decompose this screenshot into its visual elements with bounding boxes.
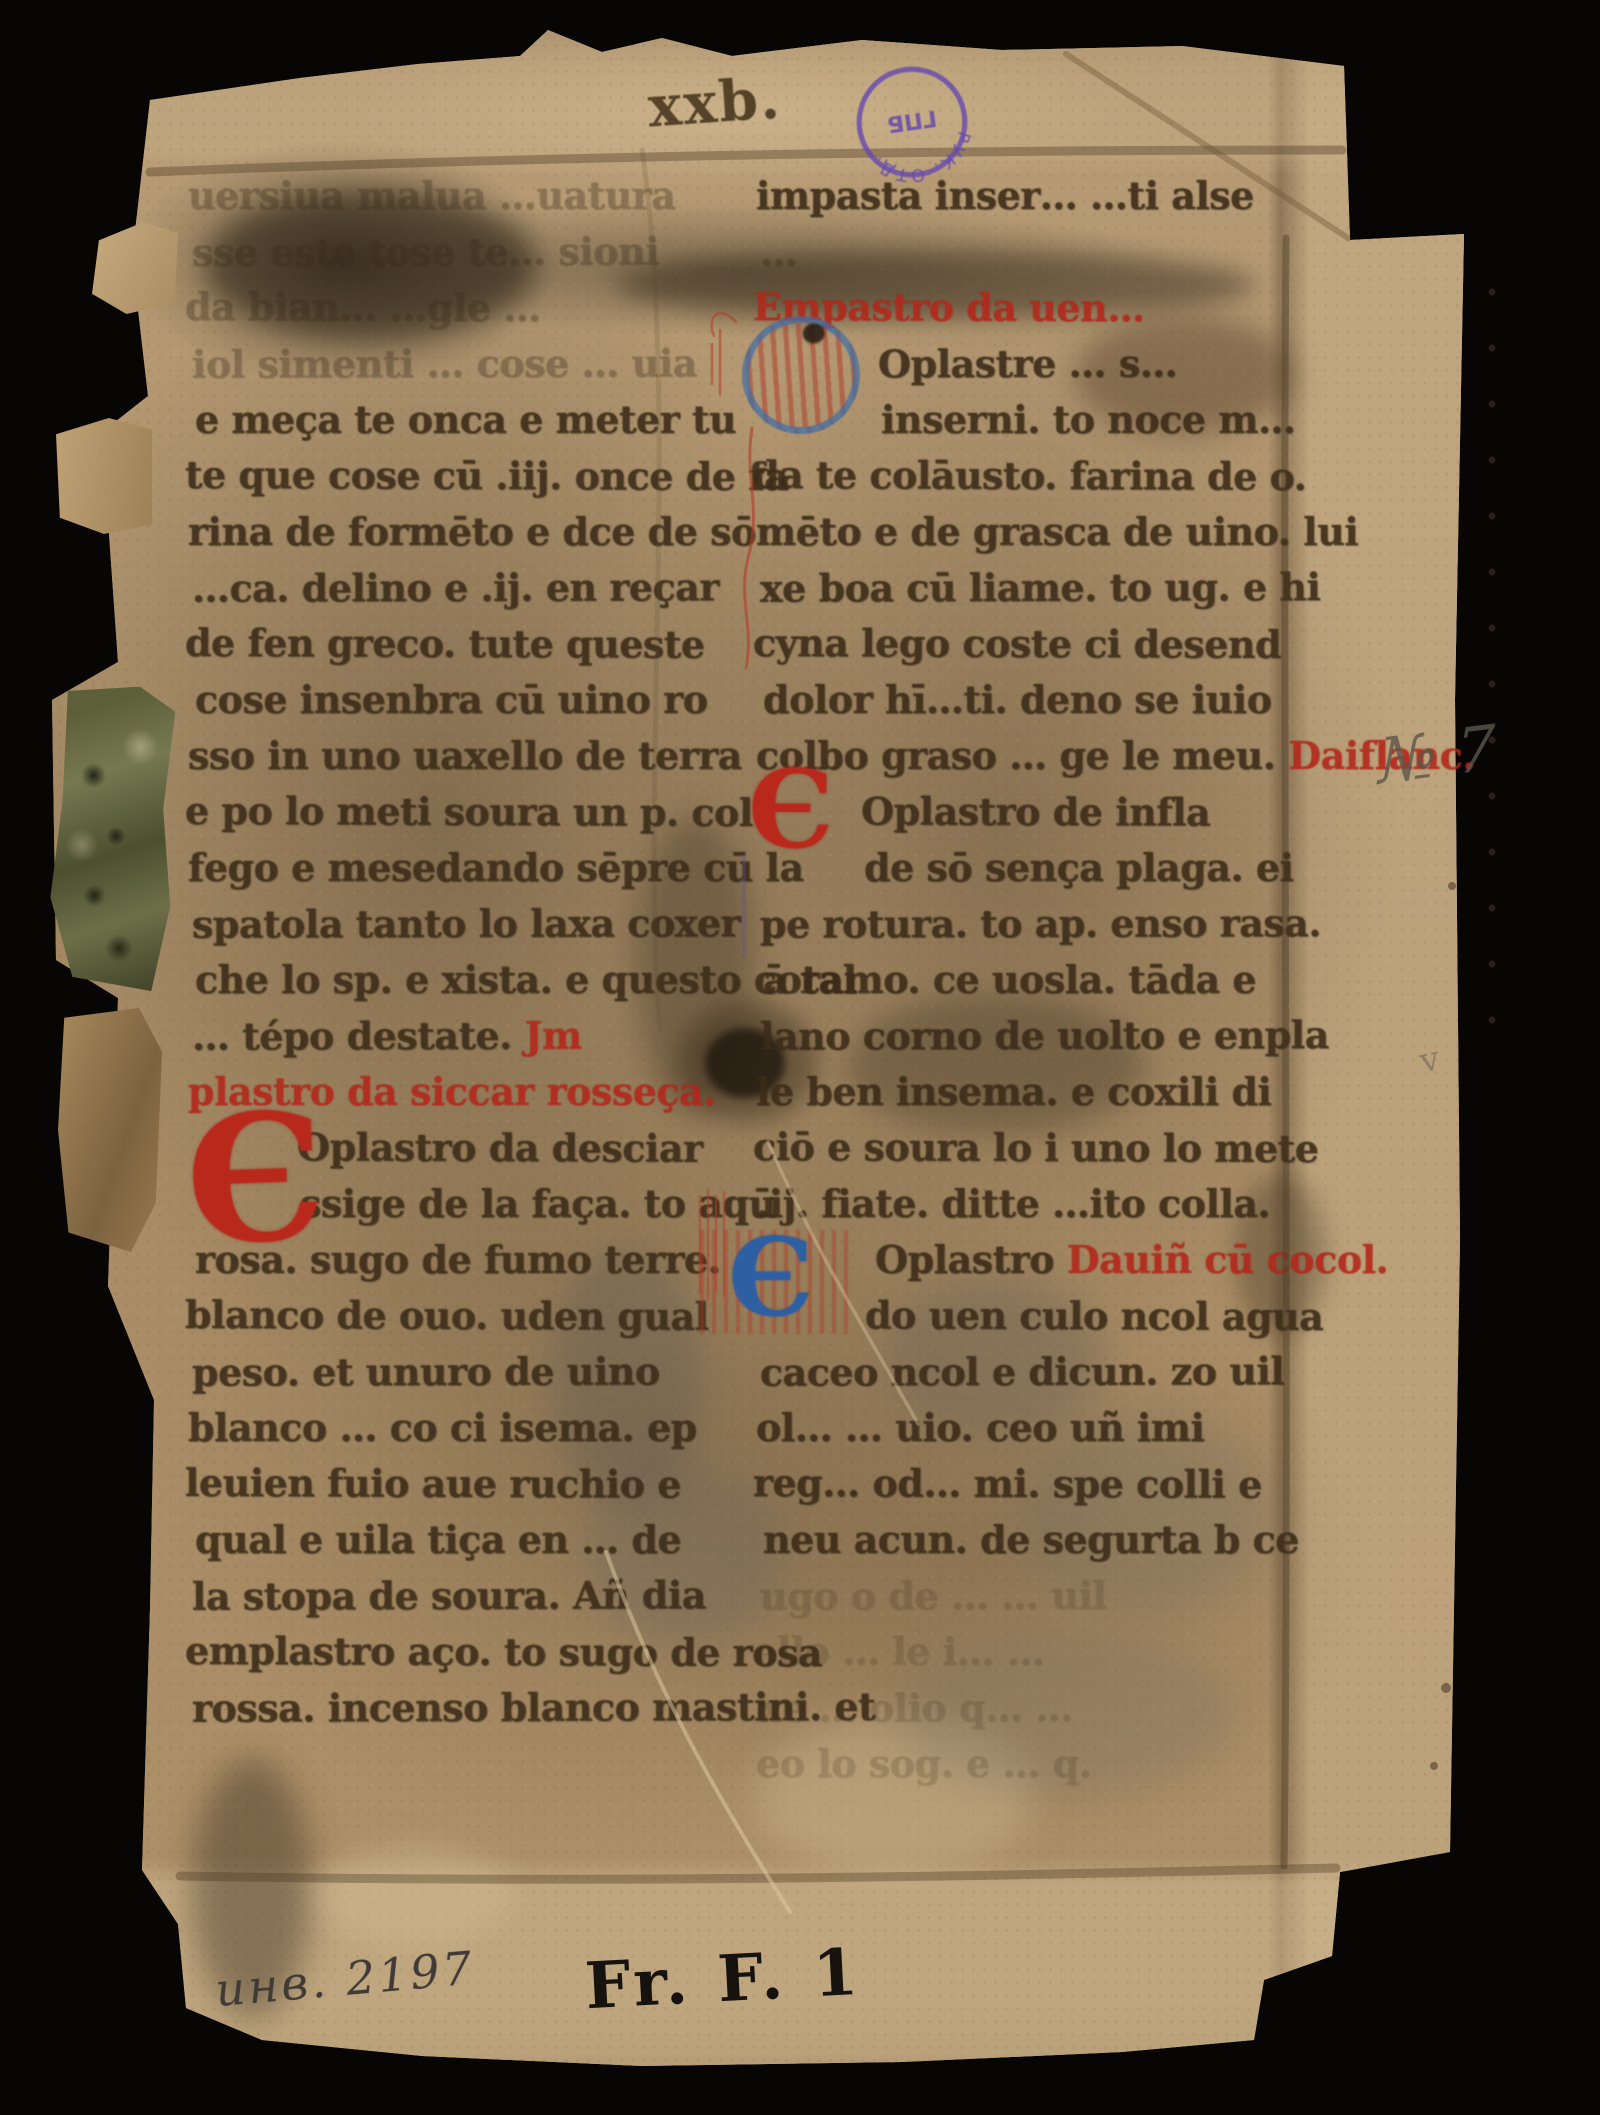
text-line: da te colāusto. farina de o.: [753, 449, 1283, 507]
manuscript-photo: uersiua malua …uaturasse este tose te… s…: [0, 0, 1600, 2115]
text-line: emplastro aço. to sugo de rosa: [185, 1625, 750, 1683]
text-line: reg… od… mi. spe colli e: [753, 1457, 1283, 1515]
initial-letter-red-left: Є: [183, 1090, 328, 1270]
text-line: …ca. delino e .ij. en reçar: [192, 561, 757, 618]
text-line: ol… … uio. ceo uñ imi: [756, 1402, 1286, 1458]
text-line: de fen greco. tute queste: [185, 617, 750, 675]
text-line: lano corno de uolto e enpla: [760, 1009, 1290, 1066]
text-line: la stopa de soura. Añ dia: [192, 1569, 757, 1626]
margin-number-note: № 7: [1378, 711, 1495, 799]
text-line: uersiua malua …uatura: [188, 170, 753, 226]
text-line: peso. et unuro de uino: [192, 1345, 757, 1402]
text-line: xe boa cū liame. to ug. e hi: [760, 561, 1290, 618]
svg-text:РУК. ОТД.: РУК. ОТД.: [864, 126, 978, 188]
folio-number: xxb.: [646, 65, 784, 140]
text-line: te que cose cū .iij. once de fa: [185, 449, 750, 507]
stamp-center-text: ГПБ: [885, 105, 938, 138]
initial-letter-red-right: Є: [748, 756, 834, 864]
text-line: … tépo destate. Jm: [192, 1009, 757, 1066]
text-line: .ij. fiate. ditte …ito colla.: [756, 1178, 1286, 1234]
text-line: ā ramo. ce uosla. tāda e: [763, 954, 1293, 1010]
text-line: ello … le i… …: [753, 1625, 1283, 1683]
text-line: sso in uno uaxello de terra: [188, 730, 753, 786]
text-line: e po lo meti soura un p. col: [185, 785, 750, 843]
stamp-ring-text: РУК. ОТД.: [864, 126, 978, 188]
text-line: ugo o de … … uil: [760, 1569, 1290, 1626]
text-line: rossa. incenso blanco mastini. et: [192, 1681, 757, 1738]
text-line: cose insenbra cū uino ro: [195, 674, 760, 730]
text-line: e meça te onca e meter tu: [195, 394, 760, 450]
text-line: blanco … co ci isema. ep: [188, 1402, 753, 1458]
text-line: eo lo sog. e … q.: [756, 1738, 1286, 1794]
initial-letter-blue-right: Є: [728, 1224, 814, 1332]
text-line: leuien fuio aue ruchio e: [185, 1457, 750, 1515]
text-line: blanco de ouo. uden gual: [185, 1289, 750, 1347]
text-line: sse este tose te… sioni: [192, 225, 757, 282]
text-line: le ben insema. e coxili di: [756, 1066, 1286, 1122]
text-line: qual e uila tiça en … de: [195, 1514, 760, 1570]
text-line: colbo graso … ge le meu. Daiflanc.: [756, 730, 1286, 786]
text-column-left: uersiua malua …uaturasse este tose te… s…: [188, 170, 753, 1738]
text-line: rina de formēto e dce de sō: [188, 506, 753, 562]
text-line: da bian… …gle …: [185, 281, 750, 339]
text-line: iol simenti … cose … uia: [192, 337, 757, 394]
text-line: fego e mesedando sēpre cū la: [188, 842, 753, 898]
text-line: pe rotura. to ap. enso rasa.: [760, 897, 1290, 954]
text-line: impasta inser… …ti alse: [756, 170, 1286, 226]
text-line: …: [760, 225, 1290, 282]
text-line: de sō sença plaga. ei: [756, 842, 1286, 898]
stitch-holes: [1489, 289, 1496, 1024]
text-line: xe … olio q… …: [760, 1681, 1290, 1738]
text-line: cyna lego coste ci desend: [753, 617, 1283, 675]
text-line: spatola tanto lo laxa coxer: [192, 897, 757, 954]
text-line: neu acun. de segurta b ce: [763, 1514, 1293, 1570]
text-line: che lo sp. e xista. e questo cotal: [195, 954, 760, 1010]
text-line: caceo ncol e dicun. zo uil: [760, 1345, 1290, 1402]
shelfmark-inscription: Fr. F. 1: [583, 1935, 863, 2024]
text-line: dolor hī…ti. deno se iuio: [763, 674, 1293, 730]
stain: [315, 1845, 515, 1945]
text-line: ciō e soura lo i uno lo mete: [753, 1121, 1283, 1179]
library-stamp: РУК. ОТД. ГПБ: [846, 56, 978, 188]
text-line: mēto e de grasca de uino. lui: [756, 506, 1286, 562]
